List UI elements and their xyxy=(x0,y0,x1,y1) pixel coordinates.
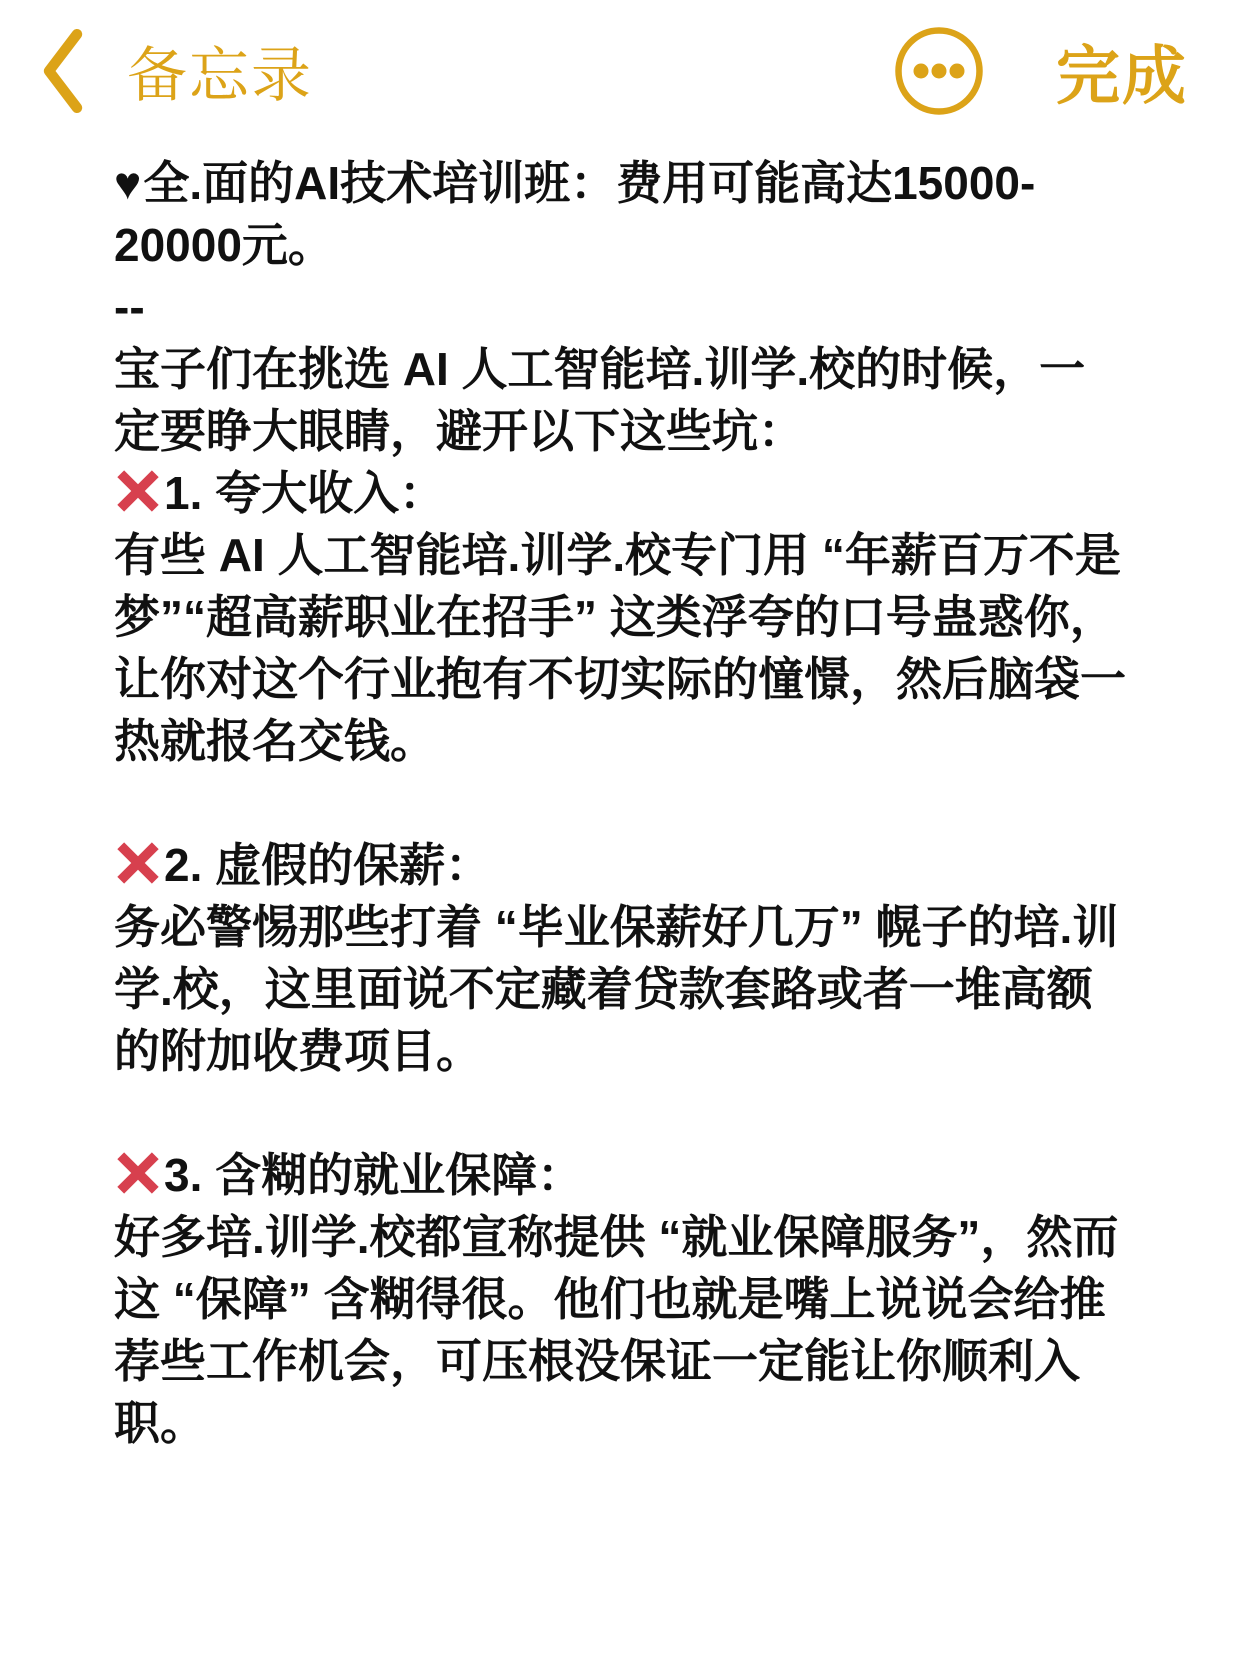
separator-line: -- xyxy=(114,276,1130,338)
section-1: 1. 夸大收入： 有些 AI 人工智能培.训学.校专门用 “年薪百万不是梦”“超… xyxy=(114,462,1130,772)
nav-right-group: 完成 xyxy=(894,25,1188,117)
section-2-heading-text: 2. 虚假的保薪： xyxy=(164,839,491,891)
section-1-body: 有些 AI 人工智能培.训学.校专门用 “年薪百万不是梦”“超高薪职业在招手” … xyxy=(114,524,1130,772)
chevron-left-icon xyxy=(35,27,87,115)
section-2: 2. 虚假的保薪： 务必警惕那些打着 “毕业保薪好几万” 幌子的培.训学.校，这… xyxy=(114,834,1130,1082)
nav-bar: 备忘录 完成 xyxy=(0,0,1242,120)
heart-icon: ♥ xyxy=(114,157,141,209)
more-button[interactable] xyxy=(894,26,984,116)
cross-mark-icon xyxy=(114,839,162,887)
note-edit-area[interactable]: ♥全.面的AI技术培训班：费用可能高达15000-20000元。 -- 宝子们在… xyxy=(0,120,1242,1454)
done-button[interactable]: 完成 xyxy=(1056,25,1188,117)
cross-mark-icon xyxy=(114,1149,162,1197)
section-3: 3. 含糊的就业保障： 好多培.训学.校都宣称提供 “就业保障服务”，然而这 “… xyxy=(114,1144,1130,1454)
section-1-heading: 1. 夸大收入： xyxy=(114,462,1130,524)
cross-mark-icon xyxy=(114,467,162,515)
ellipsis-circle-icon xyxy=(894,26,984,116)
section-3-heading-text: 3. 含糊的就业保障： xyxy=(164,1149,583,1201)
note-title-line: ♥全.面的AI技术培训班：费用可能高达15000-20000元。 xyxy=(114,152,1130,276)
back-button[interactable]: 备忘录 xyxy=(35,27,313,115)
back-label: 备忘录 xyxy=(127,28,313,114)
intro-paragraph: 宝子们在挑选 AI 人工智能培.训学.校的时候，一定要睁大眼睛，避开以下这些坑： xyxy=(114,338,1130,462)
section-3-body: 好多培.训学.校都宣称提供 “就业保障服务”，然而这 “保障” 含糊得很。他们也… xyxy=(114,1206,1130,1454)
section-1-heading-text: 1. 夸大收入： xyxy=(164,467,445,519)
note-title-text: 全.面的AI技术培训班：费用可能高达15000-20000元。 xyxy=(114,157,1035,271)
section-2-body: 务必警惕那些打着 “毕业保薪好几万” 幌子的培.训学.校，这里面说不定藏着贷款套… xyxy=(114,896,1130,1082)
section-3-heading: 3. 含糊的就业保障： xyxy=(114,1144,1130,1206)
section-2-heading: 2. 虚假的保薪： xyxy=(114,834,1130,896)
